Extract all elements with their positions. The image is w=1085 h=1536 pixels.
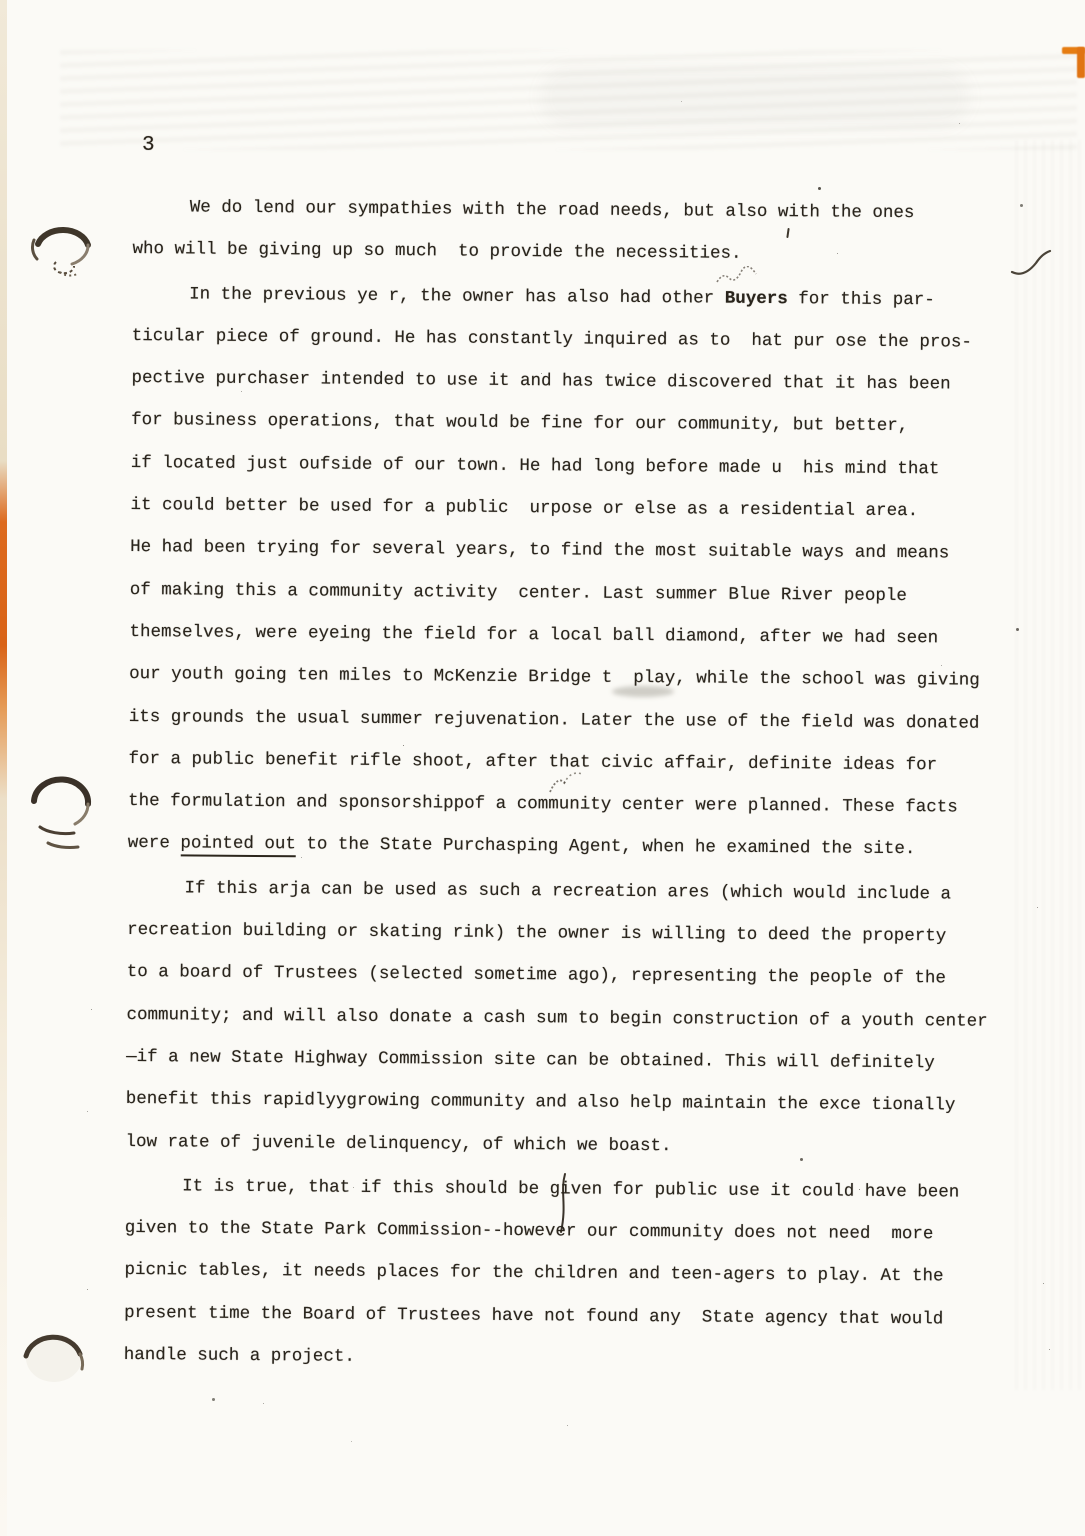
text-line: if located just oufside of our town. He … [131,442,1036,491]
text-line: We do lend our sympathies with the road … [133,186,1038,235]
text-line: benefit this rapidlyygrowing community a… [126,1078,1031,1127]
text-line: our youth going ten miles to McKenzie Br… [129,653,1034,702]
text-line: present time the Board of Trustees have … [124,1292,1029,1341]
text-line: its grounds the usual summer rejuvenatio… [129,696,1034,745]
hole-punch-icon [22,765,102,857]
paragraph: In the previous ye r, the owner has also… [128,273,1038,872]
text-line: He had been trying for several years, to… [130,526,1035,575]
text-line: of making this a community activity cent… [130,569,1035,618]
text-line: picnic tables, it needs places for the c… [124,1249,1029,1298]
text-line: it could better be used for a public urp… [130,484,1035,533]
text-line: ticular piece of ground. He has constant… [132,315,1037,364]
text-line: pective purchaser intended to use it and… [131,357,1036,406]
hole-punch-icon [26,212,100,292]
text-line: In the previous ye r, the owner has also… [132,273,1037,322]
text-line: were pointed out to the State Purchaspin… [128,822,1033,871]
dust-specks [0,0,3,3]
text-line: given to the State Park Commission--howe… [125,1207,1030,1256]
text-line: themselves, were eyeing the field for a … [129,611,1034,660]
paper-edge-strip [0,0,7,1536]
orange-corner-mark-icon [1077,47,1085,78]
text-line: who will be giving up so much to provide… [132,228,1037,277]
document-lines: We do lend our sympathies with the road … [124,186,1038,1383]
scan-noise-band [540,66,970,128]
hole-punch-icon [16,1312,100,1396]
text-line: If this arja can be used as such a recre… [127,867,1032,916]
text-line: low rate of juvenile delinquency, of whi… [125,1121,1030,1170]
paragraph: It is true, that if this should be given… [124,1165,1031,1384]
page-number: 3 [142,134,155,157]
text-line: —if a new State Highway Commission site … [126,1036,1031,1085]
paragraph: We do lend our sympathies with the road … [132,186,1038,278]
paragraph: If this arja can be used as such a recre… [125,867,1032,1170]
text-line: for a public benefit rifle shoot, after … [128,738,1033,787]
scanned-document-page: { "colors": { "paper": "#fbfaf6", "ink":… [0,0,1085,1536]
text-line: for business operations, that would be f… [131,399,1036,448]
text-line: It is true, that if this should be given… [125,1165,1030,1214]
text-line: handle such a project. [124,1334,1029,1383]
text-line: to a board of Trustees (selected sometim… [127,951,1032,1000]
text-line: community; and will also donate a cash s… [126,994,1031,1043]
document-body: We do lend our sympathies with the road … [124,186,1038,1385]
text-line: recreation building or skating rink) the… [127,909,1032,958]
text-line: the formulation and sponsorshippof a com… [128,780,1033,829]
